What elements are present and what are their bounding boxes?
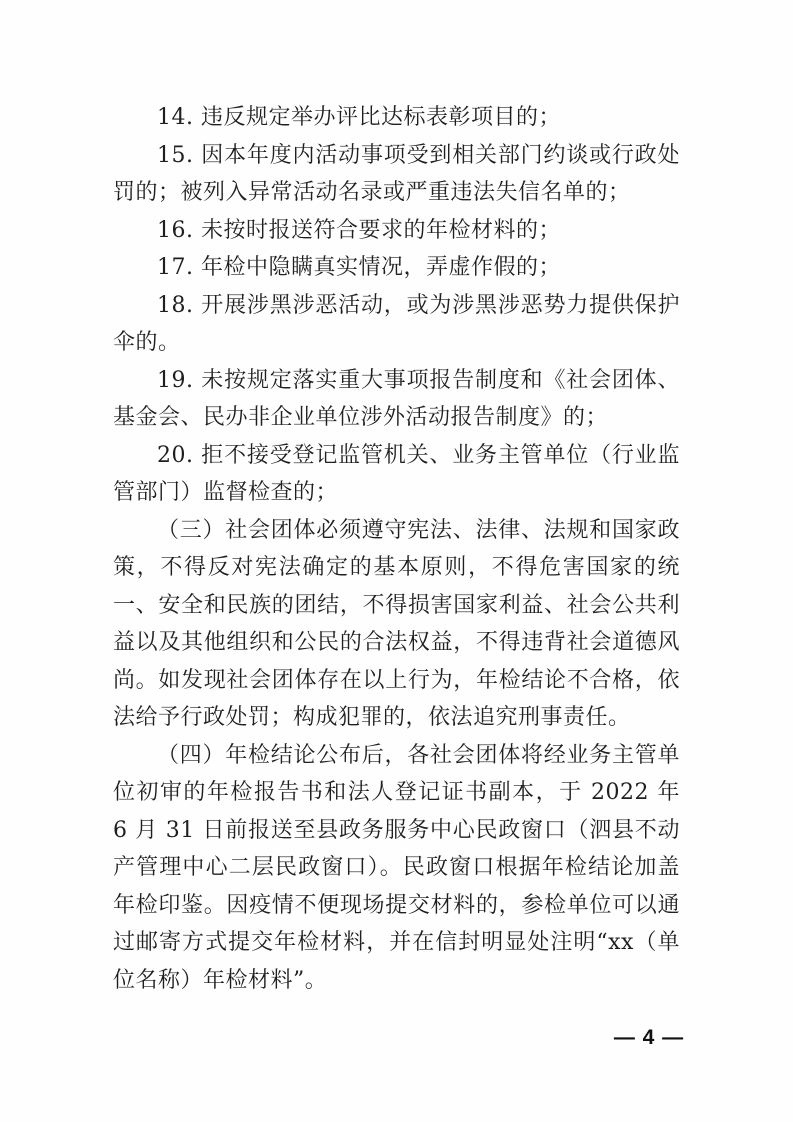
page-number: — 4 — xyxy=(594,1026,704,1050)
list-item-19: 19. 未按规定落实重大事项报告制度和《社会团体、基金会、民办非企业单位涉外活动… xyxy=(113,362,680,437)
list-item-15: 15. 因本年度内活动事项受到相关部门约谈或行政处罚的；被列入异常活动名录或严重… xyxy=(113,137,680,212)
list-item-16: 16. 未按时报送符合要求的年检材料的； xyxy=(113,212,680,250)
list-item-20: 20. 拒不接受登记监管机关、业务主管单位（行业监管部门）监督检查的； xyxy=(113,437,680,512)
document-page: 14. 违反规定举办评比达标表彰项目的； 15. 因本年度内活动事项受到相关部门… xyxy=(0,0,793,1122)
paragraph-section-4: （四）年检结论公布后，各社会团体将经业务主管单位初审的年检报告书和法人登记证书副… xyxy=(113,737,680,1000)
list-item-18: 18. 开展涉黑涉恶活动，或为涉黑涉恶势力提供保护伞的。 xyxy=(113,287,680,362)
list-item-17: 17. 年检中隐瞒真实情况，弄虚作假的； xyxy=(113,249,680,287)
paragraph-section-3: （三）社会团体必须遵守宪法、法律、法规和国家政策，不得反对宪法确定的基本原则，不… xyxy=(113,512,680,737)
document-body: 14. 违反规定举办评比达标表彰项目的； 15. 因本年度内活动事项受到相关部门… xyxy=(113,99,680,999)
list-item-14: 14. 违反规定举办评比达标表彰项目的； xyxy=(113,99,680,137)
